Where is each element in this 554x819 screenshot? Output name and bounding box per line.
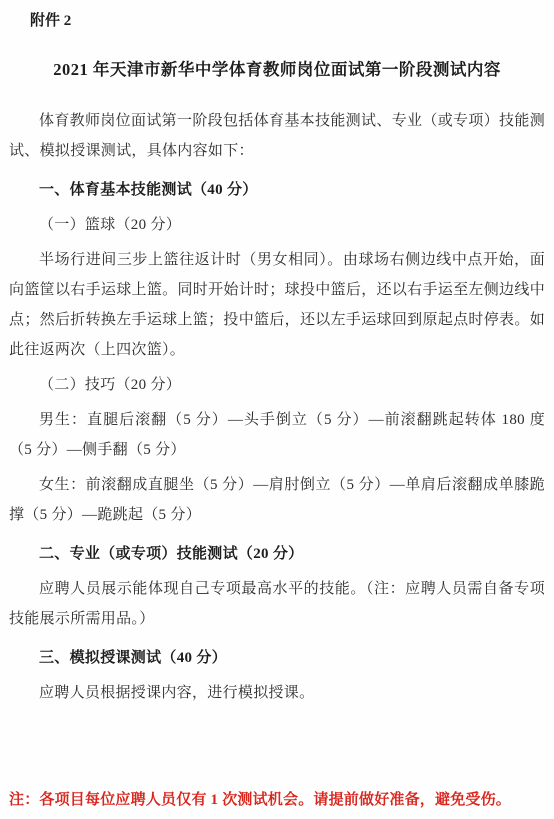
section-1-sub-1-heading: （一）篮球（20 分） — [9, 210, 545, 240]
section-1-sub-1-body: 半场行进间三步上篮往返计时（男女相同）。由球场右侧边线中点开始，面向篮筐以右手运… — [9, 245, 545, 365]
section-1-sub-2-female-paragraph: 女生：前滚翻成直腿坐（5 分）—肩肘倒立（5 分）—单肩后滚翻成单膝跪撑（5 分… — [9, 470, 545, 530]
document-title: 2021 年天津市新华中学体育教师岗位面试第一阶段测试内容 — [9, 57, 545, 83]
section-2-body: 应聘人员展示能体现自己专项最高水平的技能。（注：应聘人员需自备专项技能展示所需用… — [9, 574, 545, 634]
section-1-sub-2-male-paragraph: 男生：直腿后滚翻（5 分）—头手倒立（5 分）—前滚翻跳起转体 180 度（5 … — [9, 405, 545, 465]
footnote-warning: 注：各项目每位应聘人员仅有 1 次测试机会。请提前做好准备，避免受伤。 — [9, 787, 545, 813]
document-page: 附件 2 2021 年天津市新华中学体育教师岗位面试第一阶段测试内容 体育教师岗… — [0, 0, 554, 819]
section-3-heading: 三、模拟授课测试（40 分） — [9, 643, 545, 673]
section-3-body: 应聘人员根据授课内容，进行模拟授课。 — [9, 678, 545, 708]
intro-paragraph: 体育教师岗位面试第一阶段包括体育基本技能测试、专业（或专项）技能测试、模拟授课测… — [9, 106, 545, 166]
section-1-heading: 一、体育基本技能测试（40 分） — [9, 175, 545, 205]
attachment-label: 附件 2 — [30, 10, 545, 32]
section-2-heading: 二、专业（或专项）技能测试（20 分） — [9, 539, 545, 569]
section-1-sub-2-heading: （二）技巧（20 分） — [9, 370, 545, 400]
